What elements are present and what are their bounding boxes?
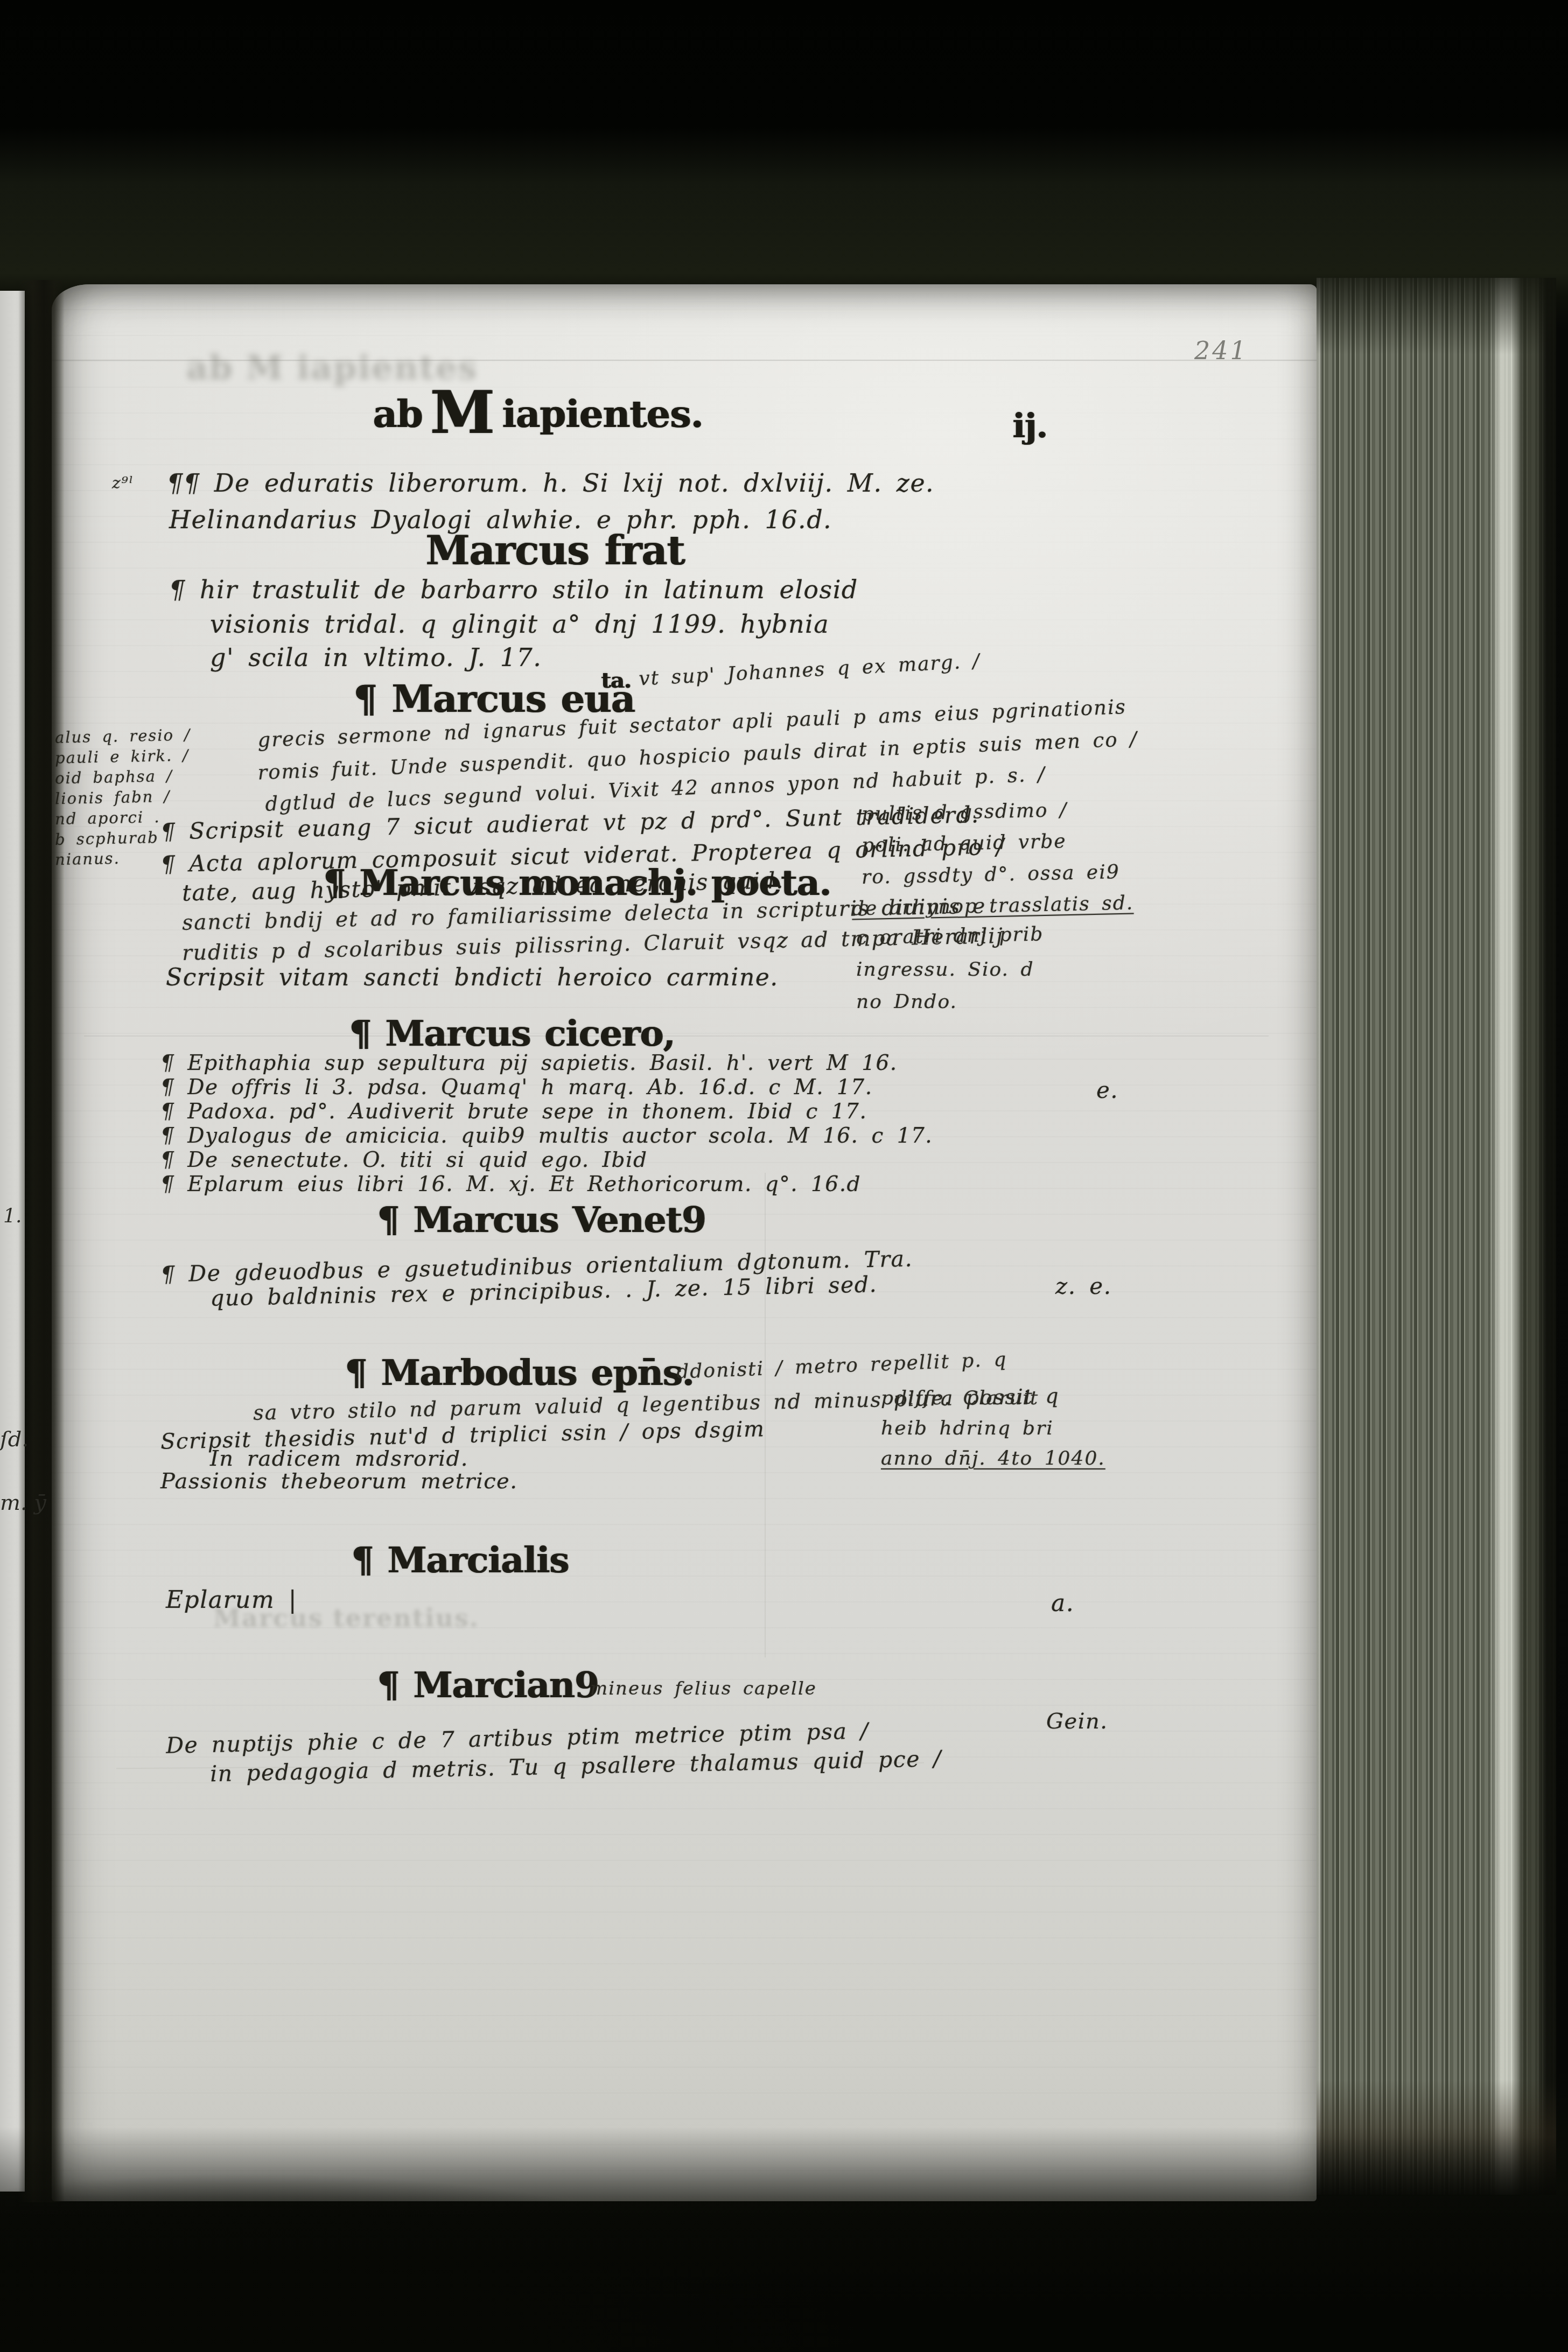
left-margin-note-line: oid baphsa / [55,767,173,788]
text-line: ¶ De offris li 3. pdsa. Quamq' h marq. A… [160,1075,873,1100]
margin-note: anno dn̄j. 4to 1040. [881,1447,1105,1469]
gutter-shadow [18,280,65,2202]
left-margin-note-line: b scphurab [55,828,159,849]
section-heading-marcus-monachus: ¶ Marcus monachj. poeta. [323,862,831,904]
left-margin-note-line: nd aporci . [55,808,160,828]
text-line: ¶ Eplarum eius libri 16. M. xj. Et Retho… [160,1172,861,1196]
text-line: ¶ Dyalogus de amicicia. quib9 multis auc… [160,1124,933,1148]
section-heading-marcus-frater: Marcus frat [425,528,684,574]
section-heading-marcus-cicero: ¶ Marcus cicero, [349,1012,675,1054]
manuscript-page: 241 ab M iapientes ab M iapientes. ij. z… [52,284,1317,2201]
text-line: visionis tridal. q glingit a° dnj 1199. … [210,610,829,639]
margin-note: ro. gssdty d°. ossa ei9 [862,861,1120,888]
title-initial: M [430,390,494,436]
page-title: ab M iapientes. [373,390,703,436]
margin-note: ingressu. Sio. d [856,958,1034,981]
margin-note: z. e. [1055,1273,1112,1299]
heading-note: vt sup' Johannes q ex marg. / [638,650,981,690]
margin-mark: z⁹ˡ [112,474,134,493]
folio-number: 241 [1194,336,1248,365]
bottom-vignette [0,2127,1568,2352]
text-line: ¶¶ De eduratis liberorum. h. Si lxij not… [167,468,934,498]
text-line: ¶ Epithaphia sup sepultura pij sapietis.… [160,1051,898,1075]
margin-note: poli. ad quid vrbe [862,830,1067,857]
left-margin-note-line: pauli e kirk. / [55,746,190,767]
section-heading-marcialis: ¶ Marcialis [351,1539,569,1581]
margin-note: heib hdrinq bri [881,1417,1054,1439]
text-line: ¶ De senectute. O. titi si quid ego. Ibi… [160,1148,647,1172]
margin-note: pdiffe. Claruit [881,1387,1039,1409]
text-line: In radicem mdsrorid. [210,1446,468,1471]
margin-note: pultis d gssdimo / [862,799,1068,825]
margin-note: e. [1096,1077,1118,1103]
fold-line [765,1173,766,1657]
fore-edge-page-block [1317,278,1556,2195]
text-line: Scripsit vitam sancti bndicti heroico ca… [166,964,779,991]
edge-fragment: ſd. [0,1427,29,1452]
left-margin-note-line: alus q. resio / [55,725,191,746]
margin-note: no Dndo. [856,991,957,1013]
edge-fragment: 1. [3,1205,22,1227]
text-line: ¶ Padoxa. pd°. Audiverit brute sepe in t… [160,1100,867,1124]
margin-note: a. [1051,1590,1074,1617]
quire-mark: ij. [1012,406,1047,445]
text-line: g' scila in vltimo. J. 17. [210,643,542,672]
title-rest: iapientes. [502,391,703,436]
heading-note: ddonisti / metro repellit p. q [676,1348,1007,1383]
margin-note: Gein. [1046,1709,1108,1734]
edge-fragment: m. ȳ [0,1490,46,1515]
title-prefix: ab [373,391,422,436]
heading-note: mineus felius capelle [590,1678,817,1699]
manuscript-photo: 1. ſd. m. ȳ 241 ab M iapientes ab M iapi… [0,0,1568,2352]
ruled-hairline [84,1035,1269,1037]
text-line: ¶ hir trastulit de barbarro stilo in lat… [169,575,858,604]
section-heading-marcianus: ¶ Marcian9 [377,1664,599,1706]
section-heading-marcus-venetus: ¶ Marcus Venet9 [377,1199,705,1241]
text-line: Passionis thebeorum metrice. [160,1469,517,1494]
section-heading-marbodus: ¶ Marbodus epn̄s. [345,1352,694,1394]
text-line: Eplarum | [166,1586,297,1614]
heading-superscript: ta. [601,668,631,693]
left-margin-note-line: lionis fabn / [55,787,171,808]
section-heading-marcus-evangelista: ¶ Marcus eua [353,676,635,721]
